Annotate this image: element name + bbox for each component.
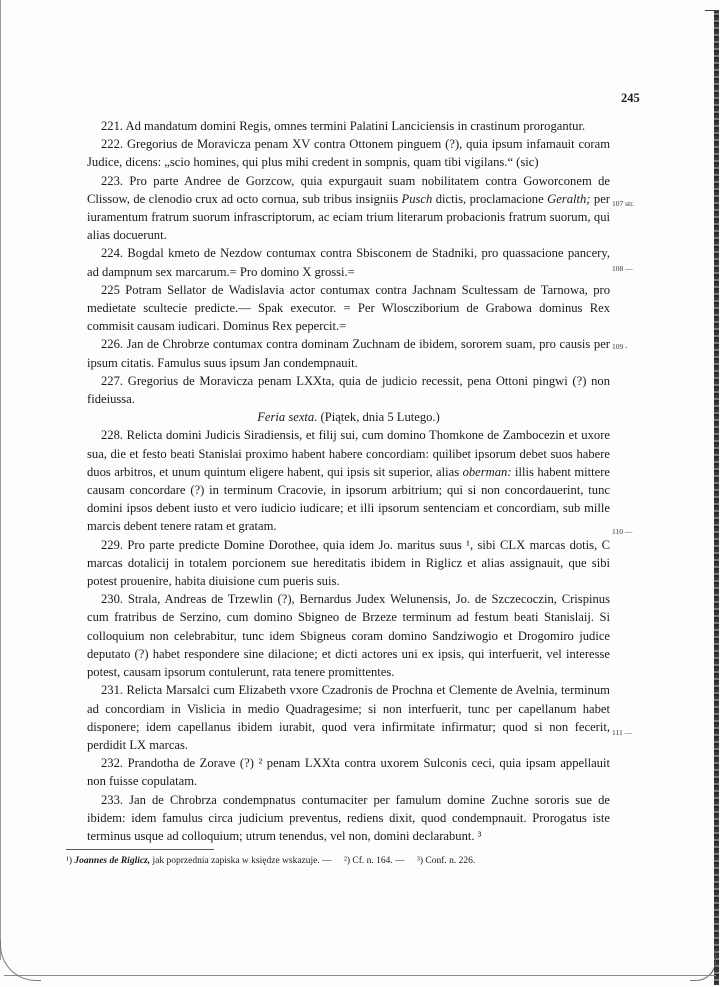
- entry-text: Prandotha de Zorave (?) ² penam LXXta co…: [87, 756, 610, 788]
- entry-text: dictis, proclamacione: [432, 192, 547, 206]
- page-corner-top-right: [705, 10, 717, 17]
- entry-number: 224.: [101, 246, 123, 260]
- entry-number: 226.: [101, 337, 123, 351]
- margin-note: 110 —: [612, 527, 632, 536]
- footnote-text: Conf. n. 226.: [425, 856, 475, 866]
- entry-text: Ad mandatum domini Regis, omnes termini …: [126, 119, 586, 133]
- entry-number: 232.: [101, 756, 123, 770]
- entry-number: 225: [101, 283, 120, 297]
- entry-225: 225 Potram Sellator de Wadislavia actor …: [87, 281, 610, 336]
- footnote-text: jak poprzednia zapiska w księdze wskazuj…: [150, 856, 332, 866]
- entry-text: Pro parte predicte Domine Dorothee, quia…: [87, 538, 610, 588]
- footnote-marker: ¹): [66, 856, 72, 866]
- entry-number: 228.: [101, 428, 123, 442]
- entry-229: 229. Pro parte predicte Domine Dorothee,…: [87, 536, 610, 591]
- entry-text: Jan de Chrobrza condempnatus contumacite…: [87, 793, 610, 843]
- footnote-3: ³) Conf. n. 226.: [417, 856, 475, 866]
- entry-text: Strala, Andreas de Trzewlin (?), Bernard…: [87, 592, 610, 679]
- page-number: 245: [621, 91, 640, 106]
- section-heading: Feria sexta. (Piątek, dnia 5 Lutego.): [87, 408, 610, 426]
- footnote-text: Cf. n. 164. —: [352, 856, 404, 866]
- entry-232: 232. Prandotha de Zorave (?) ² penam LXX…: [87, 754, 610, 790]
- entry-224: 224. Bogdal kmeto de Nezdow contumax con…: [87, 244, 610, 280]
- footnote-italic: Joannes de Riglicz,: [74, 856, 150, 866]
- entry-222: 222. Gregorius de Moravicza penam XV con…: [87, 135, 610, 171]
- footnote-marker: ³): [417, 856, 423, 866]
- margin-note: 111 —: [612, 728, 632, 737]
- scanned-page: 245 221. Ad mandatum domini Regis, omnes…: [0, 0, 720, 987]
- entry-233: 233. Jan de Chrobrza condempnatus contum…: [87, 791, 610, 846]
- entry-text: Bogdal kmeto de Nezdow contumax contra S…: [87, 246, 610, 278]
- entry-number: 223.: [101, 174, 123, 188]
- entry-221: 221. Ad mandatum domini Regis, omnes ter…: [87, 117, 610, 135]
- entry-text: Gregorius de Moravicza penam LXXta, quia…: [87, 374, 610, 406]
- footnote-1: ¹) Joannes de Riglicz, jak poprzednia za…: [66, 856, 332, 866]
- entry-number: 233.: [101, 793, 123, 807]
- entry-number: 221.: [101, 119, 123, 133]
- entry-number: 227.: [101, 374, 123, 388]
- entry-number: 230.: [101, 592, 123, 606]
- entry-228: 228. Relicta domini Judicis Siradiensis,…: [87, 426, 610, 535]
- section-heading-date: (Piątek, dnia 5 Lutego.): [321, 410, 440, 424]
- entry-230: 230. Strala, Andreas de Trzewlin (?), Be…: [87, 590, 610, 681]
- entry-text: Relicta Marsalci cum Elizabeth vxore Cza…: [87, 683, 610, 752]
- entry-text: Gregorius de Moravicza penam XV contra O…: [87, 137, 610, 169]
- entry-italic: oberman:: [463, 465, 512, 479]
- entry-227: 227. Gregorius de Moravicza penam LXXta,…: [87, 372, 610, 408]
- entry-number: 222.: [101, 137, 123, 151]
- section-heading-italic: Feria sexta.: [257, 410, 317, 424]
- entry-text: Jan de Chrobrze contumax contra dominam …: [87, 337, 610, 369]
- footnote-2: ²) Cf. n. 164. —: [344, 856, 405, 866]
- margin-note: 107 str.: [612, 199, 634, 208]
- footnote-marker: ²): [344, 856, 350, 866]
- footnote-divider: [66, 849, 214, 850]
- entry-number: 229.: [101, 538, 123, 552]
- margin-note: 108 —: [612, 264, 633, 273]
- page-edge-right: [714, 10, 719, 985]
- document-body: 221. Ad mandatum domini Regis, omnes ter…: [87, 117, 610, 845]
- footnotes: ¹) Joannes de Riglicz, jak poprzednia za…: [66, 856, 606, 866]
- margin-note: 109 -: [612, 342, 628, 351]
- entry-226: 226. Jan de Chrobrze contumax contra dom…: [87, 335, 610, 371]
- entry-223: 223. Pro parte Andree de Gorzcow, quia e…: [87, 172, 610, 245]
- entry-number: 231.: [101, 683, 123, 697]
- entry-italic: Geralth;: [547, 192, 590, 206]
- entry-text: Potram Sellator de Wadislavia actor cont…: [87, 283, 610, 333]
- entry-italic: Pusch: [402, 192, 433, 206]
- entry-231: 231. Relicta Marsalci cum Elizabeth vxor…: [87, 681, 610, 754]
- page-edge-bottom: [4, 975, 716, 976]
- page-edge-left: [0, 0, 1, 960]
- page-corner-bottom-right: [690, 950, 716, 981]
